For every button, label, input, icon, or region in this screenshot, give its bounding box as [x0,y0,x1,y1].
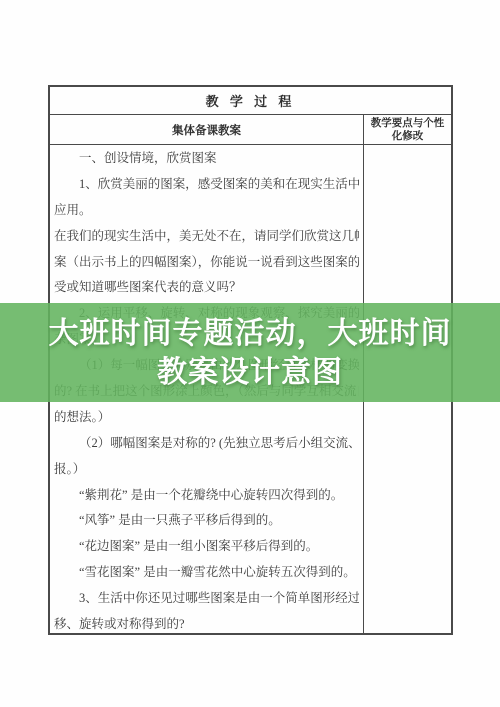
table-subheader-row: 集体备课教案 教学要点与个性 化修改 [50,115,451,145]
doc-text-line: 在我们的现实生活中，美无处不在，请同学们欣赏这几幅图 [54,224,359,250]
doc-text-line: “紫荆花” 是由一个花瓣绕中心旋转四次得到的。 [54,483,359,509]
doc-text-line: “风筝” 是由一只燕子平移后得到的。 [54,508,359,534]
doc-text-line: 报。） [54,457,359,483]
overlay-title-banner: 大班时间专题活动，大班时间 教案设计意图 [0,303,500,402]
banner-title-line1: 大班时间专题活动，大班时间 [49,314,452,353]
column-header-teaching-points: 教学要点与个性 化修改 [363,115,451,144]
doc-text-line: “雪花图案” 是由一瓣雪花然中心旋转五次得到的。 [54,560,359,586]
doc-text-line: “花边图案” 是由一组小图案平移后得到的。 [54,534,359,560]
banner-title-line2: 教案设计意图 [157,353,343,392]
doc-text-line: 1、欣赏美丽的图案，感受图案的美和在现实生活中的 [54,172,359,198]
doc-text-line: 受或知道哪些图案代表的意义吗？ [54,275,359,301]
doc-text-line: 应用。 [54,198,359,224]
doc-text-line: 一、创设情境，欣赏图案 [54,146,359,172]
column-header-collective-lesson-plan: 集体备课教案 [50,115,363,144]
doc-text-line: 移、旋转或对称得到的? [54,612,359,633]
table-title: 教 学 过 程 [50,87,451,115]
column-header-teaching-points-line2: 化修改 [392,130,424,143]
doc-text-line: （2）哪幅图案是对称的? (先独立思考后小组交流、汇 [54,431,359,457]
column-header-teaching-points-line1: 教学要点与个性 [371,117,445,130]
doc-text-line: 的想法。） [54,405,359,431]
document-page: 教 学 过 程 集体备课教案 教学要点与个性 化修改 一、创设情境，欣赏图案 1… [0,0,500,707]
doc-text-line: 案（出示书上的四幅图案），你能说一说看到这些图案的感 [54,250,359,276]
doc-text-line: 3、生活中你还见过哪些图案是由一个简单图形经过平 [54,586,359,612]
